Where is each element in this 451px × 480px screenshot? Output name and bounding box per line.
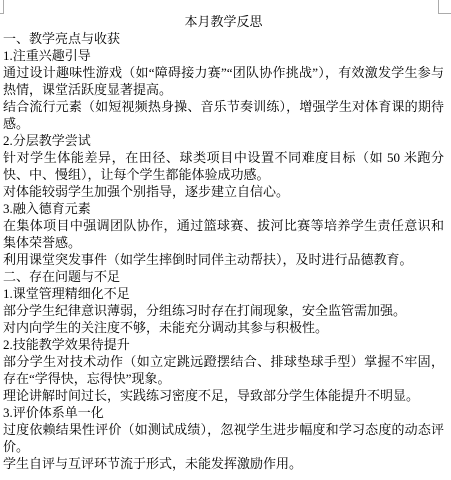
paragraph: 在集体项目中强调团队协作，通过篮球赛、拔河比赛等培养学生责任意识和集体荣誉感。 (3, 217, 444, 251)
paragraph: 对内向学生的关注度不够，未能充分调动其参与积极性。 (3, 319, 444, 336)
section-heading: 一、教学亮点与收获 (3, 30, 444, 47)
subsection-heading: 2.技能教学效果待提升 (3, 336, 444, 353)
section-heading: 二、存在问题与不足 (3, 268, 444, 285)
paragraph: 部分学生对技术动作（如立定跳远蹬摆结合、排球垫球手型）掌握不牢固，存在“学得快，… (3, 353, 444, 387)
paragraph: 利用课堂突发事件（如学生摔倒时同伴主动帮扶），及时进行品德教育。 (3, 251, 444, 268)
paragraph: 结合流行元素（如短视频热身操、音乐节奏训练），增强学生对体育课的期待感。 (3, 98, 444, 132)
paragraph: 学生自评与互评环节流于形式，未能发挥激励作用。 (3, 455, 444, 472)
subsection-heading: 2.分层教学尝试 (3, 132, 444, 149)
subsection-heading: 3.评价体系单一化 (3, 404, 444, 421)
paragraph: 部分学生纪律意识薄弱，分组练习时存在打闹现象，安全监管需加强。 (3, 302, 444, 319)
document-page: 本月教学反思 一、教学亮点与收获 1.注重兴趣引导 通过设计趣味性游戏（如“障碍… (0, 0, 451, 480)
paragraph: 过度依赖结果性评价（如测试成绩），忽视学生进步幅度和学习态度的动态评价。 (3, 421, 444, 455)
subsection-heading: 3.融入德育元素 (3, 200, 444, 217)
text-boundary-mark-top-left-icon (0, 0, 4, 14)
subsection-heading: 1.注重兴趣引导 (3, 47, 444, 64)
paragraph: 针对学生体能差异，在田径、球类项目中设置不同难度目标（如 50 米跑分快、中、慢… (3, 149, 444, 183)
paragraph: 通过设计趣味性游戏（如“障碍接力赛”“团队协作挑战”），有效激发学生参与热情，课… (3, 64, 444, 98)
document-title: 本月教学反思 (3, 13, 444, 30)
paragraph: 理论讲解时间过长，实践练习密度不足，导致部分学生体能提升不明显。 (3, 387, 444, 404)
subsection-heading: 1.课堂管理精细化不足 (3, 285, 444, 302)
text-boundary-mark-top-right-icon (438, 0, 451, 14)
document-body[interactable]: 本月教学反思 一、教学亮点与收获 1.注重兴趣引导 通过设计趣味性游戏（如“障碍… (3, 13, 444, 472)
paragraph: 对体能较弱学生加强个别指导，逐步建立自信心。 (3, 183, 444, 200)
